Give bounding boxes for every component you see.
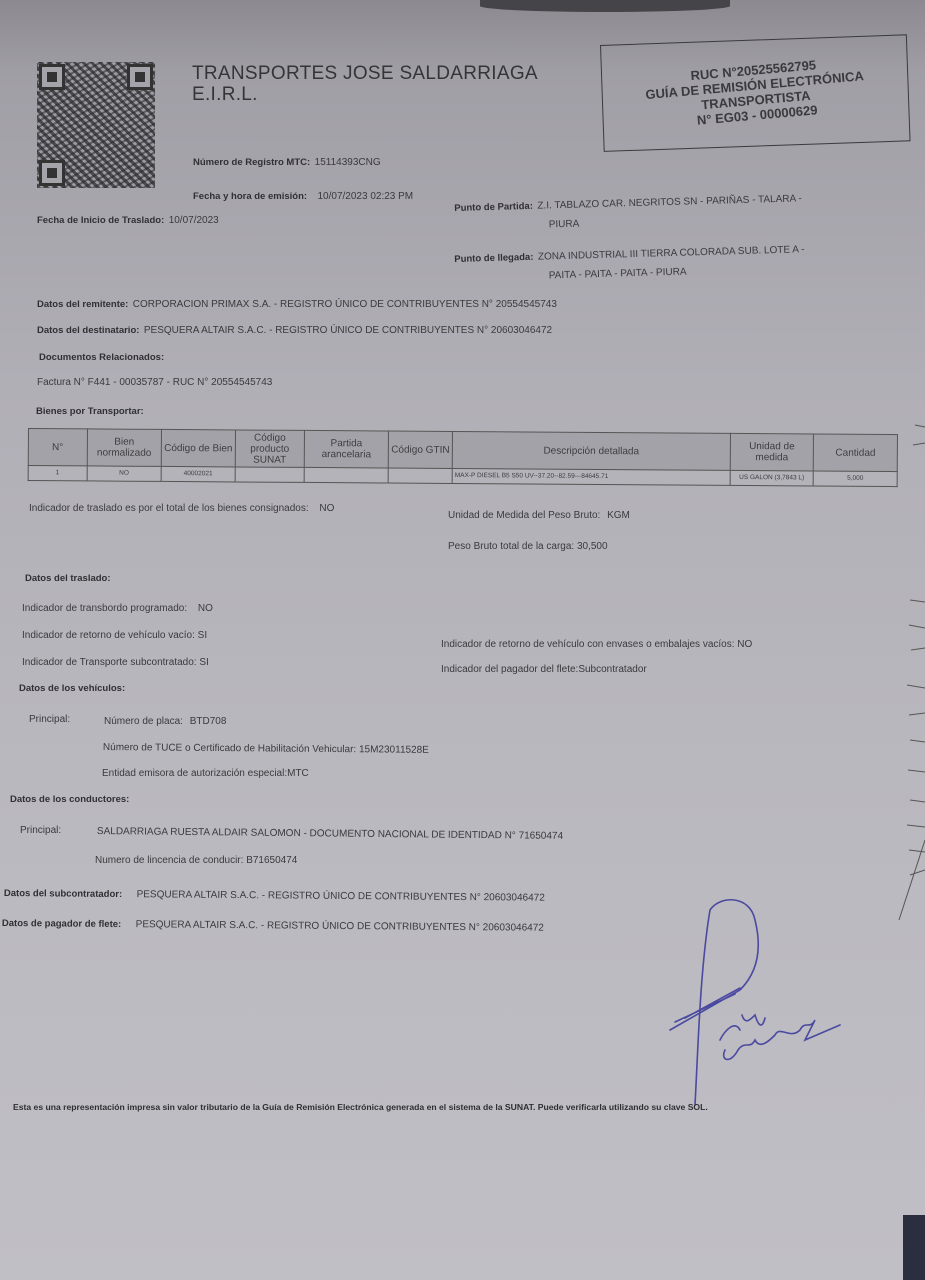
origin-point: Punto de Partida: Z.I. TABLAZO CAR. NEGR… [454, 188, 802, 233]
related-doc-invoice: Factura N° F441 - 00035787 - RUC N° 2055… [37, 377, 272, 388]
vehicles-title: Datos de los vehículos: [19, 683, 125, 694]
handwritten-signature-icon [650, 890, 850, 1110]
vehicle-plate: Número de placa: BTD708 [104, 716, 226, 727]
col-normalized: Bien normalizado [87, 429, 162, 467]
transfer-start-date: Fecha de Inicio de Traslado: 10/07/2023 [37, 210, 219, 228]
vehicle-role: Principal: [29, 714, 70, 725]
goods-table-header: N° Bien normalizado Código de Bien Códig… [28, 429, 897, 472]
col-tariff: Partida arancelaria [304, 430, 388, 468]
col-sunat-code: Código producto SUNAT [235, 430, 304, 467]
goods-title: Bienes por Transportar: [36, 406, 144, 417]
company-name: TRANSPORTES JOSE SALDARRIAGA E.I.R.L. [192, 63, 538, 105]
underlying-page-edge-lines [895, 380, 925, 930]
subcontractor-data: Datos del subcontratador: PESQUERA ALTAI… [4, 883, 545, 906]
subcontracted-indicator: Indicador de Transporte subcontratado: S… [22, 657, 209, 668]
vehicle-tuce: Número de TUCE o Certificado de Habilita… [103, 742, 429, 756]
col-unit: Unidad de medida [730, 433, 814, 471]
sender-data: Datos del remitente: CORPORACION PRIMAX … [37, 294, 557, 312]
col-description: Descripción detallada [452, 431, 730, 470]
driver-license: Numero de lincencia de conducir: B716504… [95, 855, 297, 866]
col-quantity: Cantidad [813, 434, 897, 472]
driver-role: Principal: [20, 825, 61, 836]
transfer-data-title: Datos del traslado: [25, 573, 111, 584]
total-indicator: Indicador de traslado es por el total de… [29, 503, 334, 514]
drivers-title: Datos de los conductores: [10, 794, 129, 805]
ruc-box: RUC N°20525562795 GUÍA DE REMISIÓN ELECT… [600, 34, 911, 152]
col-number: N° [28, 429, 87, 466]
destination-point: Punto de llegada: ZONA INDUSTRIAL III TI… [454, 239, 805, 284]
emission-date: Fecha y hora de emisión: 10/07/2023 02:2… [193, 186, 413, 204]
weight-unit: Unidad de Medida del Peso Bruto: KGM [448, 510, 630, 521]
mtc-registration: Número de Registro MTC: 15114393CNG [193, 152, 381, 170]
gross-weight: Peso Bruto total de la carga: 30,500 [448, 541, 608, 552]
col-gtin: Código GTIN [388, 431, 452, 468]
freight-payer-data: Datos de pagador de flete: PESQUERA ALTA… [2, 913, 544, 936]
related-docs-title: Documentos Relacionados: [39, 352, 164, 363]
packaging-return-indicator: Indicador de retorno de vehículo con env… [441, 639, 752, 650]
driver-name: SALDARRIAGA RUESTA ALDAIR SALOMON - DOCU… [97, 826, 563, 842]
remision-guide-document: TRANSPORTES JOSE SALDARRIAGA E.I.R.L. RU… [0, 0, 925, 1280]
empty-return-indicator: Indicador de retorno de vehículo vacío: … [22, 630, 207, 641]
qr-code-icon [37, 62, 155, 188]
page-fold-shadow [480, 0, 730, 12]
recipient-data: Datos del destinatario: PESQUERA ALTAIR … [37, 320, 552, 338]
transshipment-indicator: Indicador de transbordo programado: NO [22, 603, 213, 614]
background-surface [903, 1215, 925, 1280]
legal-footer-note: Esta es una representación impresa sin v… [13, 1102, 708, 1112]
vehicle-authority: Entidad emisora de autorización especial… [102, 768, 309, 779]
col-item-code: Código de Bien [161, 429, 235, 467]
goods-table: N° Bien normalizado Código de Bien Códig… [28, 428, 898, 487]
freight-payer-indicator: Indicador del pagador del flete:Subcontr… [441, 664, 647, 675]
